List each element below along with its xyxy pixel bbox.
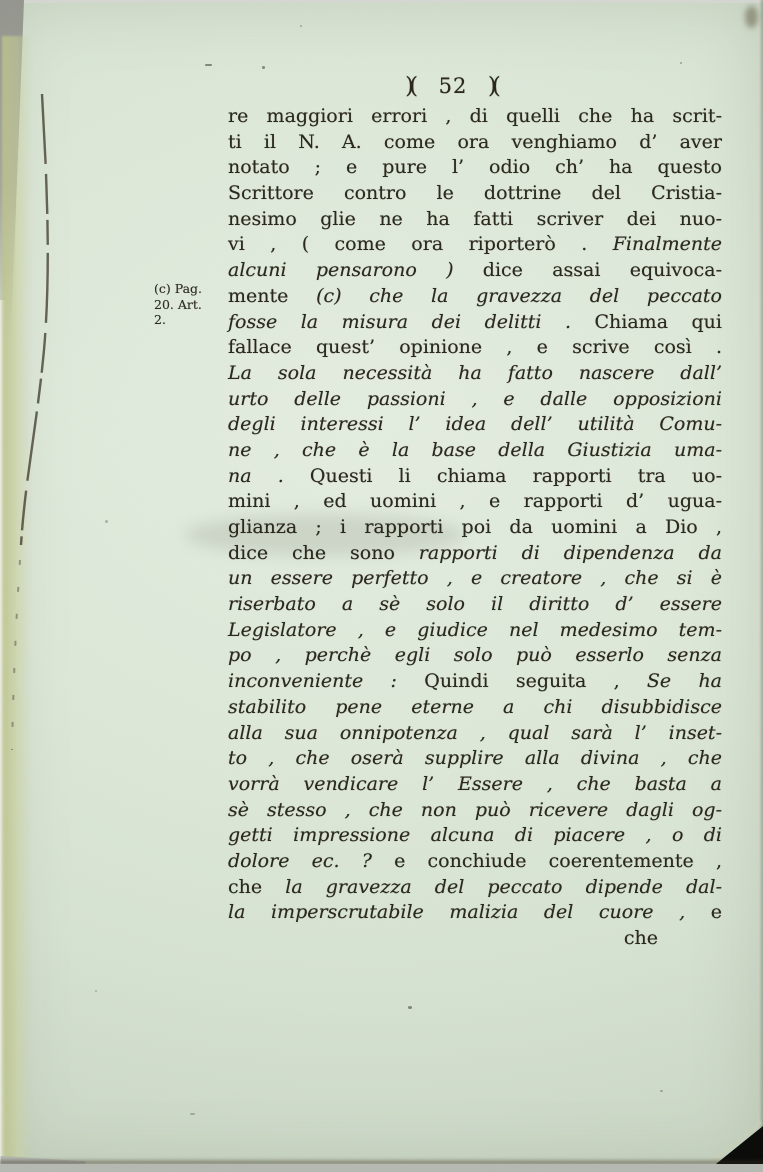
text-line: sè stesso , che non può ricevere dagli o… — [228, 798, 722, 824]
text-line: vi , ( come ora riporterò . Finalmente — [228, 232, 722, 258]
text-line: glianza ; i rapporti poi da uomini a Dio… — [228, 515, 722, 541]
text-segment-italic: Legislatore , e giudice nel medesimo tem… — [228, 619, 722, 641]
text-line: Legislatore , e giudice nel medesimo tem… — [228, 618, 722, 644]
page-gutter-edge — [2, 36, 32, 1160]
page-number: 52 — [439, 74, 468, 98]
text-line: riserbato a sè solo il diritto d’ essere — [228, 592, 722, 618]
page-number-ornament-left: )( — [405, 74, 418, 99]
speck — [408, 1006, 412, 1009]
scan-smudge — [745, 6, 758, 28]
text-line: na . Questi li chiama rapporti tra uo- — [228, 464, 722, 490]
text-segment: vi , ( come ora riporterò . — [228, 233, 613, 255]
text-segment-italic: to , che oserà supplire alla divina , ch… — [228, 747, 722, 769]
text-segment: Quindi seguita , — [397, 670, 647, 692]
text-segment-italic: riserbato a sè solo il diritto d’ essere — [228, 593, 722, 615]
text-segment: e — [685, 901, 722, 923]
text-line: inconveniente : Quindi seguita , Se ha — [228, 669, 722, 695]
text-segment-italic: degli interessi l’ idea dell’ utilità Co… — [228, 413, 722, 435]
text-segment: Questi li chiama rapporti tra uo- — [284, 465, 722, 487]
text-segment: Scrittore contro le dottrine del Cristia… — [228, 182, 722, 204]
text-line: che la gravezza del peccato dipende dal- — [228, 875, 722, 901]
text-segment-italic: rapporti di dipendenza da — [419, 542, 722, 564]
text-line: Scrittore contro le dottrine del Cristia… — [228, 181, 722, 207]
text-segment-italic: getti impressione alcuna di piacere , o … — [228, 824, 722, 846]
speck — [95, 990, 97, 992]
text-segment: mente — [228, 285, 316, 307]
text-line: un essere perfetto , e creatore , che si… — [228, 566, 722, 592]
text-segment: ti il N. A. come ora venghiamo d’ aver — [228, 131, 722, 153]
text-segment-italic: un essere perfetto , e creatore , che si… — [228, 567, 722, 589]
text-segment-italic: urto delle passioni , e dalle opposizion… — [228, 388, 722, 410]
text-segment: che — [228, 876, 285, 898]
scanned-book-page: )( 52 )( (c) Pag. 20. Art. 2. re maggior… — [0, 0, 763, 1172]
speck — [205, 64, 212, 66]
margin-note-line: (c) Pag. — [154, 281, 228, 297]
text-segment: e conchiude coerentemente , — [372, 850, 722, 872]
text-line: ne , che è la base della Giustizia uma- — [228, 438, 722, 464]
text-line: ti il N. A. come ora venghiamo d’ aver — [228, 130, 722, 156]
text-line: to , che oserà supplire alla divina , ch… — [228, 746, 722, 772]
text-segment-italic: alcuni pensarono ) — [228, 259, 454, 281]
margin-note: (c) Pag. 20. Art. 2. — [154, 281, 228, 328]
text-segment: mini , ed uomini , e rapporti d’ ugua- — [228, 490, 722, 512]
text-line: dolore ec. ? e conchiude coerentemente , — [228, 849, 722, 875]
text-segment-italic: dolore ec. ? — [228, 850, 372, 872]
text-line: La sola necessità ha fatto nascere dall’ — [228, 361, 722, 387]
text-segment-italic: la gravezza del peccato dipende dal- — [285, 876, 722, 898]
catchword: che — [624, 927, 658, 949]
text-segment: fallace quest’ opinione , e scrive così … — [228, 336, 722, 358]
page-number-header: )( 52 )( — [206, 74, 700, 99]
speck — [262, 66, 265, 69]
text-segment-italic: la imperscrutabile malizia del cuore , — [228, 901, 685, 923]
text-line: fosse la misura dei delitti . Chiama qui — [228, 310, 722, 336]
text-segment-italic: ne , che è la base della Giustizia uma- — [228, 439, 722, 461]
text-segment-italic: La sola necessità ha fatto nascere dall’ — [228, 362, 722, 384]
margin-note-line: 20. Art. — [154, 297, 228, 313]
text-segment: dice che sono — [228, 542, 419, 564]
speck — [660, 1090, 663, 1092]
text-line: vorrà vendicare l’ Essere , che basta a — [228, 772, 722, 798]
text-line: stabilito pene eterne a chi disubbidisce — [228, 695, 722, 721]
scan-bottom-border — [0, 1164, 763, 1172]
text-segment: dice assai equivoca- — [454, 259, 723, 281]
speck — [190, 1113, 195, 1115]
speck — [300, 25, 302, 27]
text-segment-italic: alla sua onnipotenza , qual sarà l’ inse… — [228, 722, 722, 744]
speck — [680, 62, 682, 64]
page-number-ornament-right: )( — [488, 74, 501, 99]
text-line: alla sua onnipotenza , qual sarà l’ inse… — [228, 721, 722, 747]
text-segment-italic: vorrà vendicare l’ Essere , che basta a — [228, 773, 722, 795]
text-segment-italic: inconveniente : — [228, 670, 397, 692]
scan-top-border — [0, 0, 763, 3]
text-line: notato ; e pure l’ odio ch’ ha questo — [228, 155, 722, 181]
body-text-column: re maggiori errori , di quelli che ha sc… — [228, 104, 722, 926]
text-segment-italic: Finalmente — [613, 233, 722, 255]
text-line: la imperscrutabile malizia del cuore , e — [228, 900, 722, 926]
text-line: nesimo glie ne ha fatti scriver dei nuo- — [228, 207, 722, 233]
text-segment-italic: Se ha — [647, 670, 722, 692]
text-line: urto delle passioni , e dalle opposizion… — [228, 387, 722, 413]
margin-note-line: 2. — [154, 312, 228, 328]
text-segment-italic: na . — [228, 465, 284, 487]
text-line: mente (c) che la gravezza del peccato — [228, 284, 722, 310]
text-segment: Chiama qui — [571, 311, 722, 333]
text-line: mini , ed uomini , e rapporti d’ ugua- — [228, 489, 722, 515]
text-segment-italic: po , perchè egli solo può esserlo senza — [228, 644, 722, 666]
text-line: degli interessi l’ idea dell’ utilità Co… — [228, 412, 722, 438]
text-segment-italic: stabilito pene eterne a chi disubbidisce — [228, 696, 722, 718]
text-line: fallace quest’ opinione , e scrive così … — [228, 335, 722, 361]
catchword-row: che — [228, 926, 722, 952]
text-segment-italic: sè stesso , che non può ricevere dagli o… — [228, 799, 722, 821]
text-line: po , perchè egli solo può esserlo senza — [228, 643, 722, 669]
text-segment-italic: (c) che la gravezza del peccato — [316, 285, 722, 307]
text-segment: glianza ; i rapporti poi da uomini a Dio… — [228, 516, 722, 538]
text-segment: notato ; e pure l’ odio ch’ ha questo — [228, 156, 722, 178]
text-line: getti impressione alcuna di piacere , o … — [228, 823, 722, 849]
text-segment-italic: fosse la misura dei delitti . — [228, 311, 571, 333]
page-right-edge — [759, 0, 763, 1164]
text-segment: nesimo glie ne ha fatti scriver dei nuo- — [228, 208, 722, 230]
text-line: dice che sono rapporti di dipendenza da — [228, 541, 722, 567]
text-line: re maggiori errori , di quelli che ha sc… — [228, 104, 722, 130]
text-line: alcuni pensarono ) dice assai equivoca- — [228, 258, 722, 284]
speck — [105, 520, 108, 523]
text-segment: re maggiori errori , di quelli che ha sc… — [228, 105, 722, 127]
